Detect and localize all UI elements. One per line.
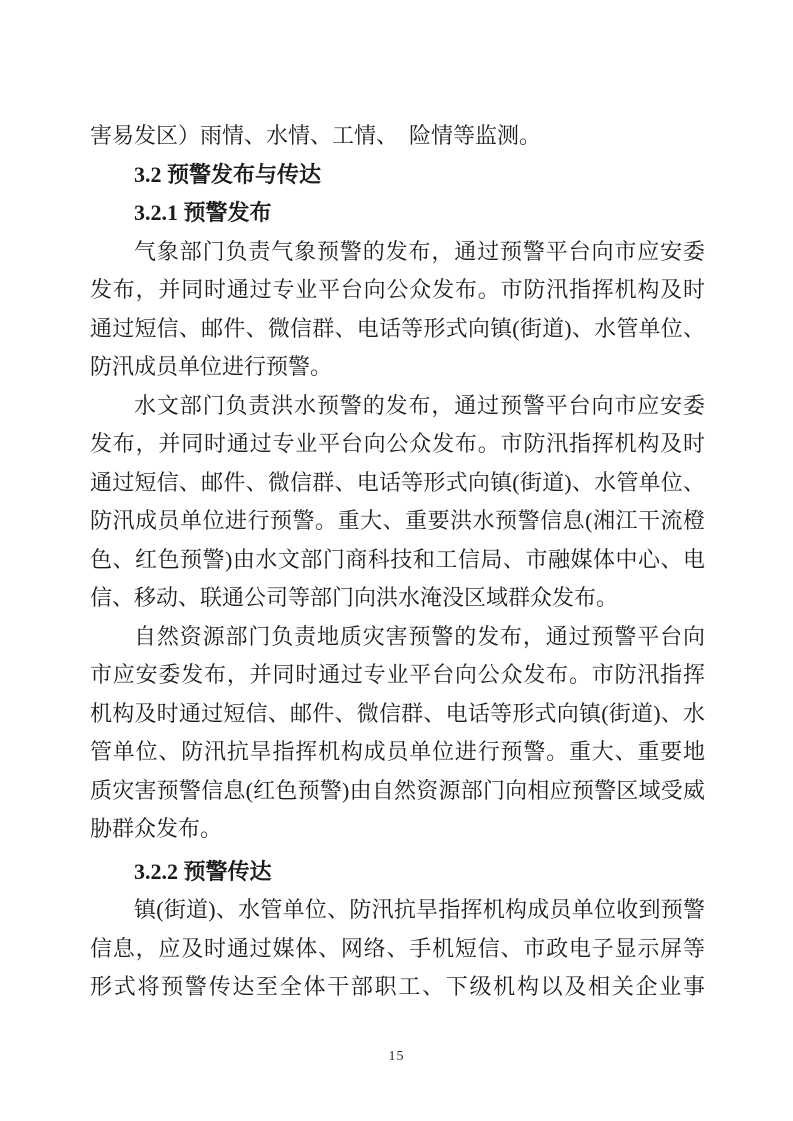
heading-3-2: 3.2 预警发布与传达 <box>90 156 705 195</box>
paragraph-geological-warning: 自然资源部门负责地质灾害预警的发布，通过预警平台向市应安委发布，并同时通过专业平… <box>90 618 705 849</box>
paragraph-hydrological-warning: 水文部门负责洪水预警的发布，通过预警平台向市应安委发布，并同时通过专业平台向公众… <box>90 387 705 618</box>
heading-3-2-1: 3.2.1 预警发布 <box>90 194 705 233</box>
continuation-line: 害易发区）雨情、水情、工情、 险情等监测。 <box>90 117 705 156</box>
heading-3-2-2: 3.2.2 预警传达 <box>90 853 705 892</box>
page-number: 15 <box>0 1048 793 1066</box>
paragraph-warning-relay: 镇(街道)、水管单位、防汛抗旱指挥机构成员单位收到预警信息，应及时通过媒体、网络… <box>90 891 705 1007</box>
paragraph-meteorological-warning: 气象部门负责气象预警的发布，通过预警平台向市应安委发布，并同时通过专业平台向公众… <box>90 233 705 387</box>
document-body: 害易发区）雨情、水情、工情、 险情等监测。 3.2 预警发布与传达 3.2.1 … <box>90 117 705 1007</box>
